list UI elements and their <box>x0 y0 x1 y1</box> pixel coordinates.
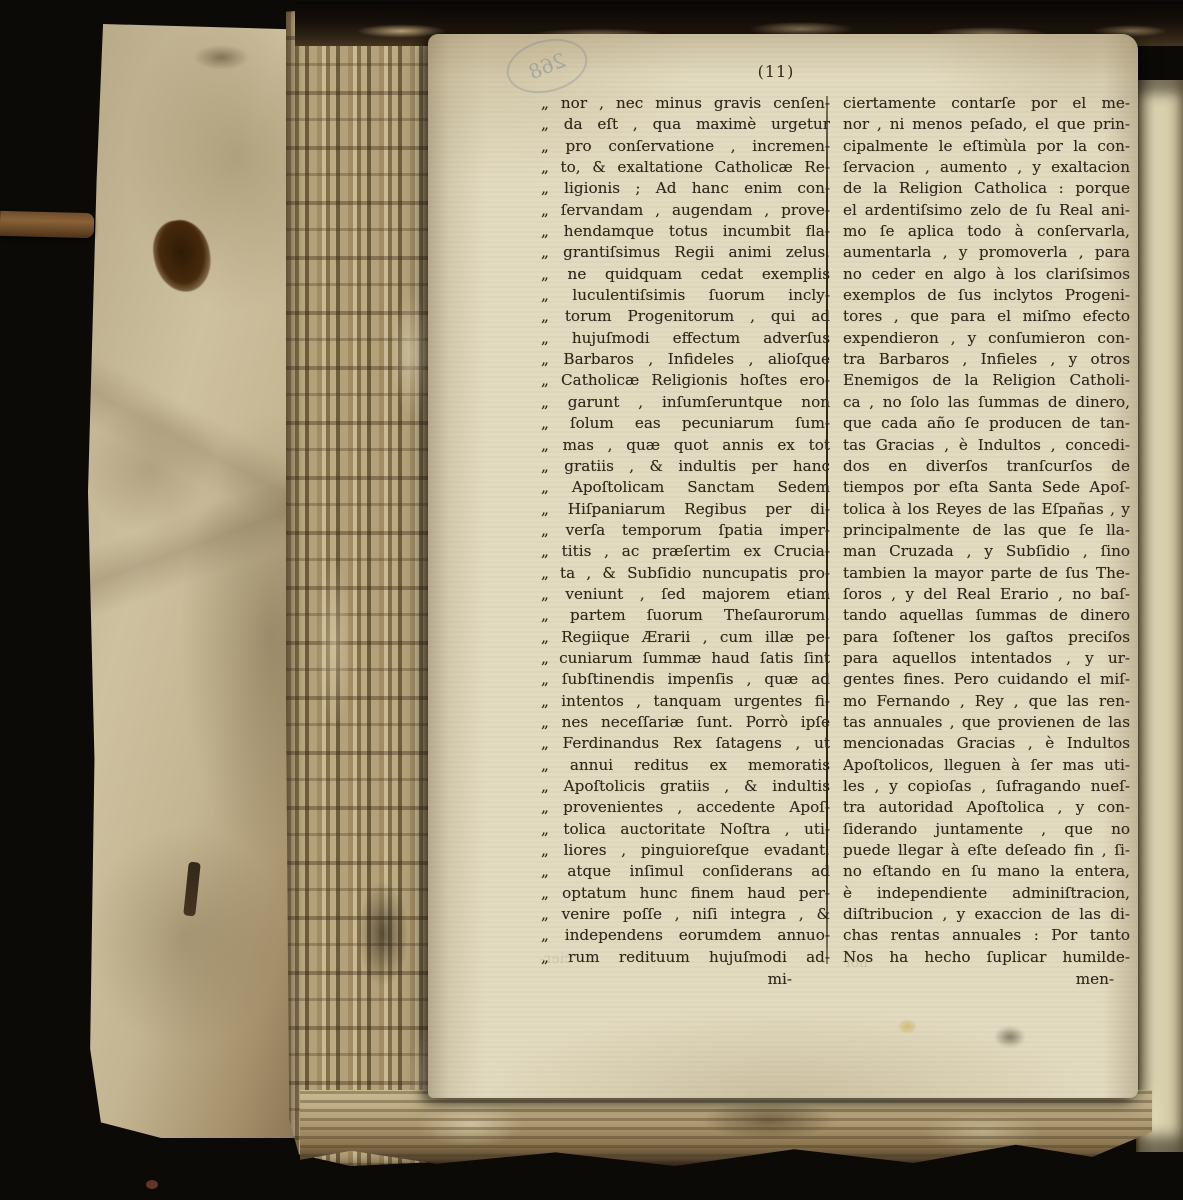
text-line: no ceder en algo à los clariſsimos <box>843 264 1130 285</box>
text-line: „ Ferdinandus Rex ſatagens , ut <box>541 733 830 754</box>
photo-background: 268 (11) „ nor , nec minus gravis cenſen… <box>0 0 1183 1200</box>
text-line: „ Catholicæ Religionis hoſtes ero- <box>541 370 830 391</box>
text-line: tas Gracias , è Indultos , concedi- <box>843 435 1130 456</box>
text-line: principalmente de las que ſe lla- <box>843 520 1130 541</box>
text-line: „ independens eorumdem annuo- <box>541 925 830 946</box>
text-line: tra Barbaros , Infieles , y otros <box>843 349 1130 370</box>
text-line: tra autoridad Apoſtolica , y con- <box>843 797 1130 818</box>
text-line: ca , no ſolo las ſummas de dinero, <box>843 392 1130 413</box>
text-line: „ tolica auctoritate Noſtra , uti- <box>541 819 830 840</box>
ghost-stamp-text: 268 <box>525 48 569 85</box>
text-line: diſtribucion , y exaccion de las di- <box>843 904 1130 925</box>
text-line: „ intentos , tanquam urgentes fi- <box>541 691 830 712</box>
text-line: tolica à los Reyes de las Eſpañas , y <box>843 499 1130 520</box>
text-line: para aquellos intentados , y ur- <box>843 648 1130 669</box>
bottom-page-stack <box>300 1090 1152 1166</box>
text-line: „ ſubſtinendis impenſis , quæ ad <box>541 669 830 690</box>
text-line: „ hujuſmodi effectum adverſus <box>541 328 830 349</box>
text-line: „ ſolum eas pecuniarum ſum- <box>541 413 830 434</box>
text-line: „ optatum hunc finem haud per- <box>541 883 830 904</box>
text-line: „ partem ſuorum Theſaurorum, <box>541 605 830 626</box>
text-line: „ verſa temporum ſpatia imper- <box>541 520 830 541</box>
text-line: dos en diverſos tranſcurſos de <box>843 456 1130 477</box>
text-line: „ hendamque totus incumbit fla- <box>541 221 830 242</box>
text-line: „ provenientes , accedente Apoſ- <box>541 797 830 818</box>
text-line: no eſtando en ſu mano la entera, <box>843 861 1130 882</box>
text-line: „ Apoſtolicam Sanctam Sedem <box>541 477 830 498</box>
showthrough-text-right: nor <box>844 955 868 971</box>
ink-blot <box>149 216 214 295</box>
text-line: „ ta , & Subſidio nuncupatis pro- <box>541 563 830 584</box>
text-line: les , y copioſas , ſufragando nueſ- <box>843 776 1130 797</box>
text-line: „ ligionis ; Ad hanc enim con- <box>541 178 830 199</box>
text-line: „ annui reditus ex memoratis <box>541 755 830 776</box>
text-line: „ veniunt , ſed majorem etiam <box>541 584 830 605</box>
page-number: (11) <box>736 62 816 81</box>
text-line: mo Fernando , Rey , que las ren- <box>843 691 1130 712</box>
spanish-column: ciertamente contarſe por el me-nor , ni … <box>843 93 1130 990</box>
text-page: 268 (11) „ nor , nec minus gravis cenſen… <box>428 34 1138 1098</box>
text-line: tas annuales , que provienen de las <box>843 712 1130 733</box>
text-line: „ venire poſſe , niſi integra , & <box>541 904 830 925</box>
book-cover-parchment <box>88 24 303 1138</box>
text-line: „ liores , pinguioreſque evadant, <box>541 840 830 861</box>
text-line: puede llegar à eſte deſeado fin , ſi- <box>843 840 1130 861</box>
text-line: „ nes neceſſariæ ſunt. Porrò ipſe <box>541 712 830 733</box>
text-line: mencionadas Gracias , è Indultos <box>843 733 1130 754</box>
showthrough-text-left: cier- <box>540 951 572 967</box>
text-line: „ to, & exaltatione Catholicæ Re- <box>541 157 830 178</box>
text-line: gentes fines. Pero cuidando el miſ- <box>843 669 1130 690</box>
text-line: nor , ni menos peſado, el que prin- <box>843 114 1130 135</box>
text-line: ſervacion , aumento , y exaltacion <box>843 157 1130 178</box>
ink-smudge <box>994 1026 1026 1048</box>
latin-column-lines: „ nor , nec minus gravis cenſen-„ da eſt… <box>541 93 830 968</box>
text-line: „ ne quidquam cedat exemplis <box>541 264 830 285</box>
text-line: „ rum redituum hujuſmodi ad- <box>541 947 830 968</box>
text-line: Apoſtolicos, lleguen à ſer mas uti- <box>843 755 1130 776</box>
text-line: „ Hiſpaniarum Regibus per di- <box>541 499 830 520</box>
text-line: „ ſervandam , augendam , prove- <box>541 200 830 221</box>
text-line: tores , que para el miſmo efecto <box>843 306 1130 327</box>
text-line: exemplos de ſus inclytos Progeni- <box>843 285 1130 306</box>
text-line: tiempos por eſta Santa Sede Apoſ- <box>843 477 1130 498</box>
text-line: ciertamente contarſe por el me- <box>843 93 1130 114</box>
text-line: „ pro conſervatione , incremen- <box>541 136 830 157</box>
text-line: tando aquellas ſummas de dinero <box>843 605 1130 626</box>
text-line: è independiente adminiſtracion, <box>843 883 1130 904</box>
text-line: man Cruzada , y Subſidio , ſino <box>843 541 1130 562</box>
text-line: que cada año ſe producen de tan- <box>843 413 1130 434</box>
text-line: „ atque inſimul conſiderans ad <box>541 861 830 882</box>
text-line: Nos ha hecho ſuplicar humilde- <box>843 947 1130 968</box>
catchword-left: mi- <box>541 968 830 990</box>
text-line: „ gratiis , & indultis per hanc <box>541 456 830 477</box>
leather-tie <box>0 211 94 238</box>
cover-dark-mark <box>183 862 201 917</box>
text-line: „ Apoſtolicis gratiis , & indultis <box>541 776 830 797</box>
text-line: „ luculentiſsimis ſuorum incly- <box>541 285 830 306</box>
text-line: „ Regiique Ærarii , cum illæ pe- <box>541 627 830 648</box>
text-line: el ardentiſsimo zelo de ſu Real ani- <box>843 200 1130 221</box>
text-line: ſiderando juntamente , que no <box>843 819 1130 840</box>
text-line: mo ſe aplica todo à conſervarla, <box>843 221 1130 242</box>
right-page-fold <box>1136 80 1183 1152</box>
text-line: aumentarla , y promoverla , para <box>843 242 1130 263</box>
text-line: de la Religion Catholica : porque <box>843 178 1130 199</box>
spanish-column-lines: ciertamente contarſe por el me-nor , ni … <box>843 93 1130 968</box>
text-line: „ grantiſsimus Regii animi zelus, <box>541 242 830 263</box>
yellow-stain <box>899 1020 916 1033</box>
column-divider-rule <box>826 96 828 964</box>
binding-frayed-edges <box>286 6 448 1166</box>
red-speck <box>146 1180 158 1189</box>
latin-column: „ nor , nec minus gravis cenſen-„ da eſt… <box>541 93 830 990</box>
text-line: Enemigos de la Religion Catholi- <box>843 370 1130 391</box>
text-line: chas rentas annuales : Por tanto <box>843 925 1130 946</box>
text-line: ſoros , y del Real Erario , no baſ- <box>843 584 1130 605</box>
text-line: „ garunt , inſumſeruntque non <box>541 392 830 413</box>
text-line: cipalmente le eſtimùla por la con- <box>843 136 1130 157</box>
ghost-stamp: 268 <box>501 31 593 101</box>
text-line: „ titis , ac præſertim ex Crucia- <box>541 541 830 562</box>
text-line: expendieron , y conſumieron con- <box>843 328 1130 349</box>
text-line: tambien la mayor parte de ſus The- <box>843 563 1130 584</box>
text-line: para ſoſtener los gaſtos preciſos <box>843 627 1130 648</box>
catchword-right: men- <box>843 968 1130 990</box>
text-line: „ nor , nec minus gravis cenſen- <box>541 93 830 114</box>
text-line: „ cuniarum ſummæ haud ſatis ſint <box>541 648 830 669</box>
text-line: „ torum Progenitorum , qui ad <box>541 306 830 327</box>
text-line: „ da eſt , qua maximè urgetur <box>541 114 830 135</box>
text-line: „ mas , quæ quot annis ex tot <box>541 435 830 456</box>
text-line: „ Barbaros , Infideles , alioſque <box>541 349 830 370</box>
